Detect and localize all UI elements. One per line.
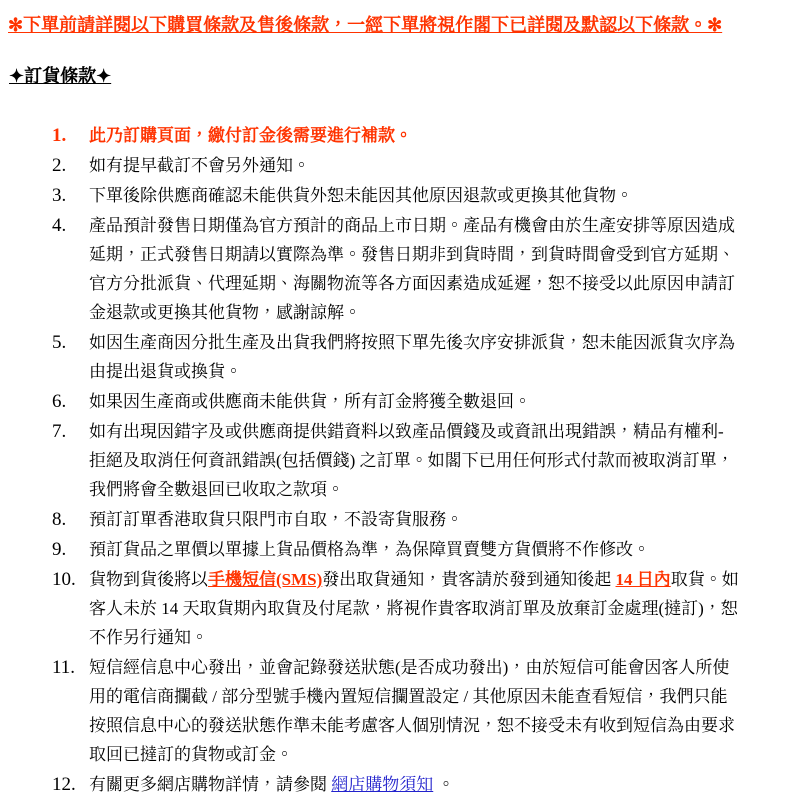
term-text: 短信經信息中心發出，並會記錄發送狀態(是否成功發出)，由於短信可能會因客人所使用… xyxy=(89,653,739,769)
term-item-4: 4. 產品預計發售日期僅為官方預計的商品上市日期。產品有機會由於生產安排等原因造… xyxy=(52,211,809,327)
term-item-12: 12. 有關更多網店購物詳情，請參閱 網店購物須知 。 xyxy=(52,770,809,799)
term-number: 6. xyxy=(52,387,89,416)
term-number: 4. xyxy=(52,211,89,240)
term-item-1: 1. 此乃訂購頁面，繳付訂金後需要進行補款。 xyxy=(52,121,809,150)
term-text-segment: 貨物到貨後將以 xyxy=(89,570,208,589)
order-terms-heading: ✦訂貨條款✦ xyxy=(9,64,801,88)
term-number: 5. xyxy=(52,328,89,357)
term-item-11: 11. 短信經信息中心發出，並會記錄發送狀態(是否成功發出)，由於短信可能會因客… xyxy=(52,653,809,769)
term-text: 如有出現因錯字及或供應商提供錯資料以致產品價錢及或資訊出現錯誤，精品有權利-拒絕… xyxy=(89,417,739,504)
term-item-7: 7. 如有出現因錯字及或供應商提供錯資料以致產品價錢及或資訊出現錯誤，精品有權利… xyxy=(52,417,809,504)
term-text: 預訂訂單香港取貨只限門市自取，不設寄貨服務。 xyxy=(89,505,739,534)
store-shopping-guide-link[interactable]: 網店購物須知 xyxy=(331,775,433,794)
term-item-9: 9. 預訂貨品之單價以單據上貨品價格為準，為保障買賣雙方貨價將不作修改。 xyxy=(52,535,809,564)
term-number: 1. xyxy=(52,121,89,150)
term-item-2: 2. 如有提早截訂不會另外通知。 xyxy=(52,151,809,180)
term-number: 2. xyxy=(52,151,89,180)
term-number: 7. xyxy=(52,417,89,446)
term-text-segment: 有關更多網店購物詳情，請參閱 xyxy=(89,775,331,794)
term-text: 產品預計發售日期僅為官方預計的商品上市日期。產品有機會由於生產安排等原因造成延期… xyxy=(89,211,739,327)
term-number: 8. xyxy=(52,505,89,534)
term-text: 如有提早截訂不會另外通知。 xyxy=(89,151,739,180)
term-item-5: 5. 如因生產商因分批生產及出貨我們將按照下單先後次序安排派貨，恕未能因派貨次序… xyxy=(52,328,809,386)
term-text-segment: 發出取貨通知，貴客請於發到通知後起 xyxy=(322,570,615,589)
term-item-3: 3. 下單後除供應商確認未能供貨外恕未能因其他原因退款或更換其他貨物。 xyxy=(52,181,809,210)
term-number: 9. xyxy=(52,535,89,564)
notice-banner: ✻下單前請詳閱以下購買條款及售後條款，一經下單將視作閣下已詳閱及默認以下條款。✻ xyxy=(8,13,801,37)
term-text: 如果因生產商或供應商未能供貨，所有訂金將獲全數退回。 xyxy=(89,387,739,416)
term-text: 如因生產商因分批生產及出貨我們將按照下單先後次序安排派貨，恕未能因派貨次序為由提… xyxy=(89,328,739,386)
pickup-deadline-highlight: 14 日內 xyxy=(616,570,671,589)
term-text: 此乃訂購頁面，繳付訂金後需要進行補款。 xyxy=(89,121,739,150)
sms-notice-highlight: 手機短信(SMS) xyxy=(208,570,322,589)
term-text: 預訂貨品之單價以單據上貨品價格為準，為保障買賣雙方貨價將不作修改。 xyxy=(89,535,739,564)
term-number: 10. xyxy=(52,565,89,594)
term-item-10: 10. 貨物到貨後將以手機短信(SMS)發出取貨通知，貴客請於發到通知後起 14… xyxy=(52,565,809,652)
term-text-segment: 。 xyxy=(433,775,454,794)
term-text: 下單後除供應商確認未能供貨外恕未能因其他原因退款或更換其他貨物。 xyxy=(89,181,739,210)
term-number: 11. xyxy=(52,653,89,682)
term-number: 3. xyxy=(52,181,89,210)
term-item-8: 8. 預訂訂單香港取貨只限門市自取，不設寄貨服務。 xyxy=(52,505,809,534)
terms-list: 1. 此乃訂購頁面，繳付訂金後需要進行補款。 2. 如有提早截訂不會另外通知。 … xyxy=(0,121,809,799)
term-number: 12. xyxy=(52,770,89,799)
term-text: 貨物到貨後將以手機短信(SMS)發出取貨通知，貴客請於發到通知後起 14 日內取… xyxy=(89,565,739,652)
term-text: 有關更多網店購物詳情，請參閱 網店購物須知 。 xyxy=(89,770,739,799)
term-item-6: 6. 如果因生產商或供應商未能供貨，所有訂金將獲全數退回。 xyxy=(52,387,809,416)
